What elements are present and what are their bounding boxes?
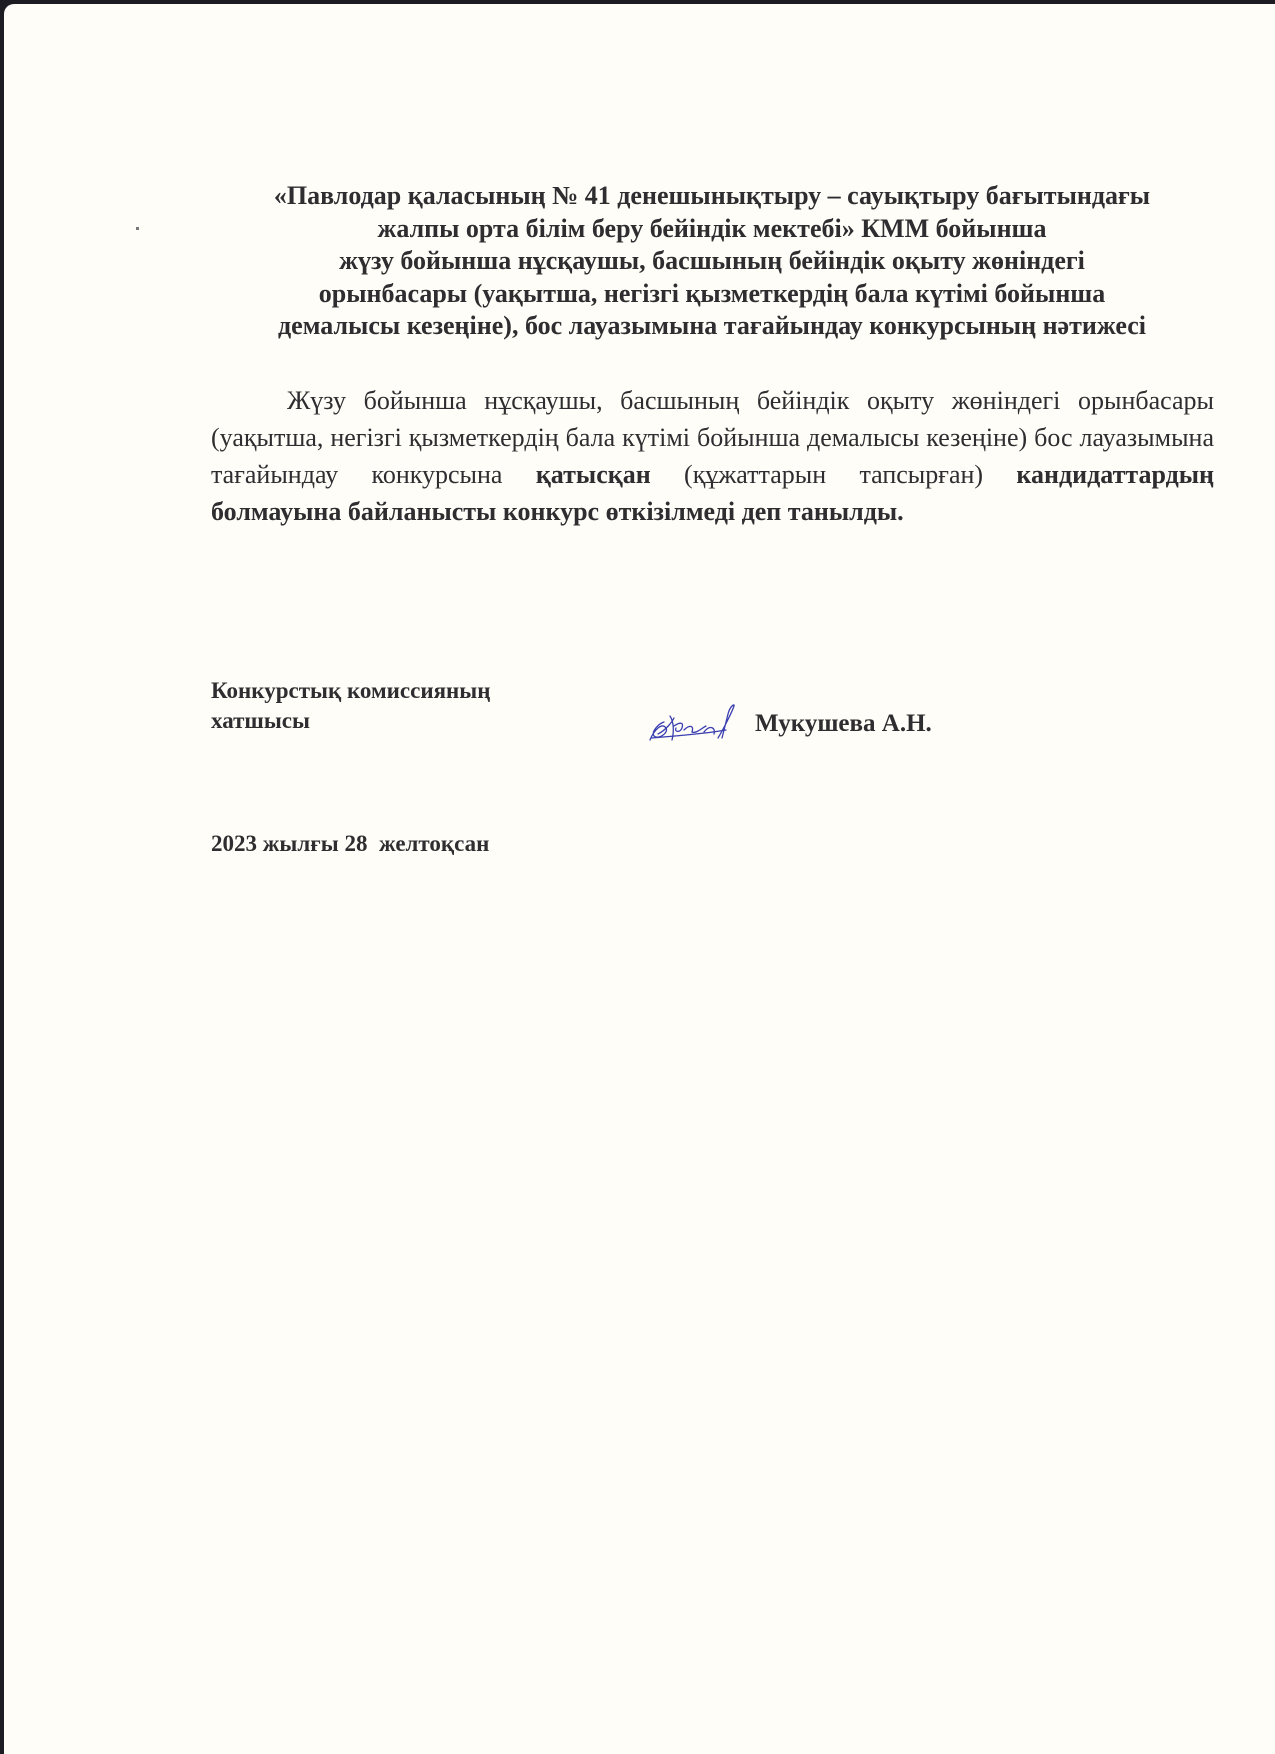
signatory-title: Конкурстық комиссияның хатшысы	[211, 676, 490, 736]
document-date: 2023 жылғы 28 желтоқсан	[211, 831, 489, 857]
title-line-5: демалысы кезеңіне), бос лауазымына тағай…	[210, 310, 1214, 343]
scan-speck	[136, 227, 139, 230]
title-line-4: орынбасары (уақытша, негізгі қызметкерді…	[210, 278, 1214, 311]
paragraph-text-2: (құжаттарын тапсырған)	[651, 460, 1017, 489]
document-page: «Павлодар қаласының № 41 денешынықтыру –…	[4, 4, 1275, 1754]
title-line-1: «Павлодар қаласының № 41 денешынықтыру –…	[210, 180, 1214, 213]
paragraph-bold-1: қатысқан	[536, 460, 651, 489]
signatory-name: Мукушева А.Н.	[755, 710, 932, 738]
signatory-title-line-2: хатшысы	[211, 706, 490, 736]
title-line-2: жалпы орта білім беру бейіндік мектебі» …	[210, 213, 1214, 246]
signatory-title-line-1: Конкурстық комиссияның	[211, 676, 490, 706]
title-line-3: жүзу бойынша нұсқаушы, басшының бейіндік…	[210, 245, 1214, 278]
handwritten-signature-icon	[644, 700, 739, 745]
result-paragraph: Жүзу бойынша нұсқаушы, басшының бейіндік…	[211, 382, 1214, 530]
document-title: «Павлодар қаласының № 41 денешынықтыру –…	[210, 180, 1214, 343]
